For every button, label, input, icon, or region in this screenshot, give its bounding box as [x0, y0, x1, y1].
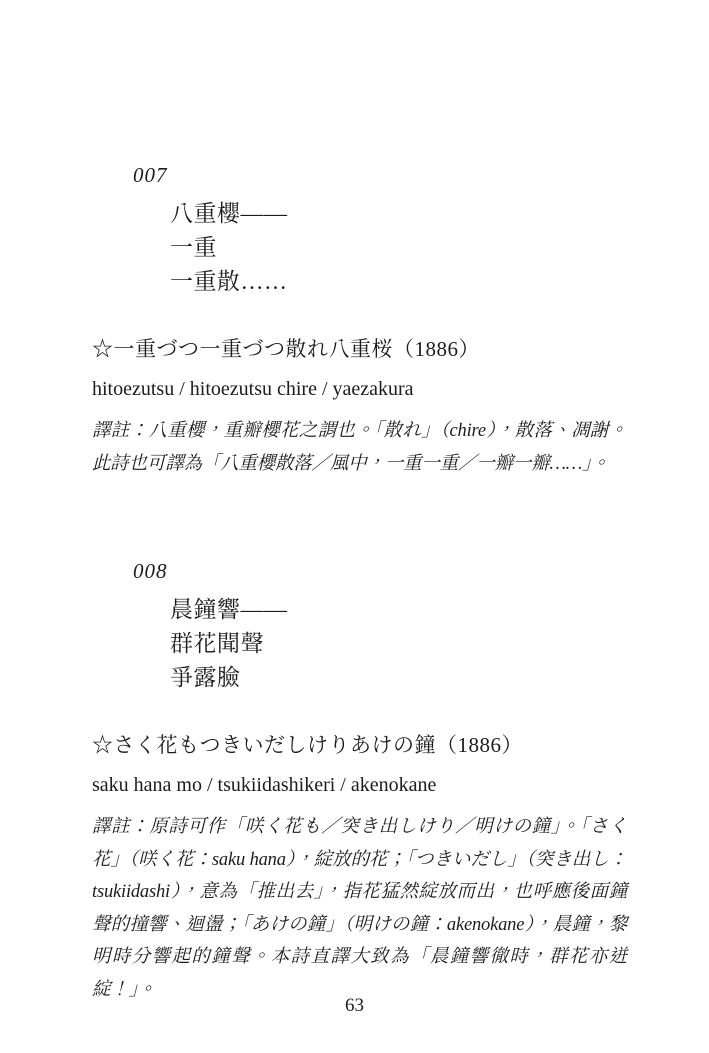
haiku-original-text: さく花もつきいだしけりあけの鐘（1886） — [114, 733, 524, 757]
haiku-original-line: ☆さく花もつきいだしけりあけの鐘（1886） — [92, 731, 627, 759]
translator-note: 譯註：原詩可作「咲く花も／突き出しけり／明けの鐘」。「さく花」（咲く花：saku… — [92, 811, 627, 1006]
haiku-original-line: ☆一重づつ一重づつ散れ八重桜（1886） — [92, 335, 627, 363]
book-page: 007 八重櫻—— 一重 一重散…… ☆一重づつ一重づつ散れ八重桜（1886） … — [0, 0, 709, 1053]
haiku-entry-007: 007 八重櫻—— 一重 一重散…… ☆一重づつ一重づつ散れ八重桜（1886） … — [92, 160, 627, 480]
romaji-line: saku hana mo / tsukiidashikeri / akenoka… — [92, 772, 627, 798]
haiku-entry-008: 008 晨鐘響—— 群花聞聲 爭露臉 ☆さく花もつきいだしけりあけの鐘（1886… — [92, 556, 627, 1006]
entry-number: 007 — [133, 160, 627, 190]
haiku-original-text: 一重づつ一重づつ散れ八重桜（1886） — [114, 337, 481, 361]
star-marker-icon: ☆ — [92, 337, 114, 361]
poem-translation: 晨鐘響—— 群花聞聲 爭露臉 — [170, 593, 627, 695]
page-number: 63 — [0, 995, 709, 1017]
poem-translation: 八重櫻—— 一重 一重散…… — [170, 197, 627, 299]
entry-number: 008 — [133, 556, 627, 586]
star-marker-icon: ☆ — [92, 733, 114, 757]
romaji-line: hitoezutsu / hitoezutsu chire / yaezakur… — [92, 376, 627, 402]
translator-note: 譯註：八重櫻，重瓣櫻花之謂也。「散れ」（chire），散落、凋謝。此詩也可譯為「… — [92, 415, 627, 480]
